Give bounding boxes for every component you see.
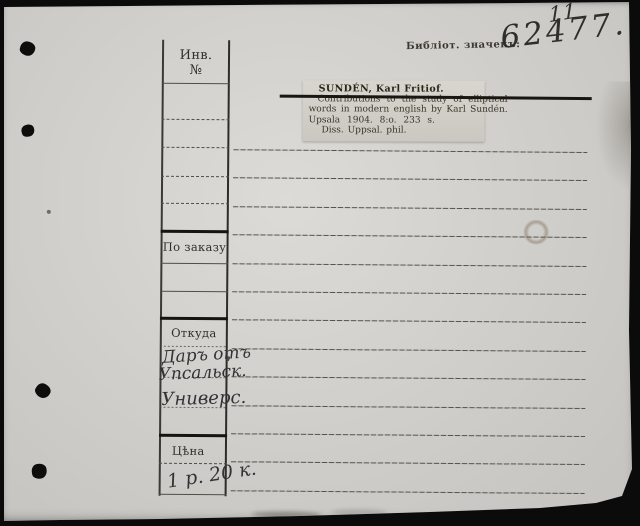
column-ruling-line — [160, 263, 228, 265]
origin-label: Откуда — [160, 326, 228, 341]
column-left-border — [159, 40, 164, 496]
main-ruling-lines — [0, 0, 640, 3]
ruling-line — [231, 405, 585, 409]
column-ruling-line — [161, 203, 229, 205]
column-ruling-line — [162, 119, 230, 121]
by-order-label: По заказу — [160, 240, 228, 255]
inventory-label-line2: № — [162, 63, 230, 79]
catalog-card-paper: Библіот. значекъ: 62477. 11 Инв. № По за… — [0, 0, 640, 526]
ruling-line — [231, 462, 585, 466]
column-ruling-lines — [0, 0, 640, 3]
catalog-label-slip: SUNDÉN, Karl Fritiof. Contributions to t… — [303, 80, 485, 141]
ruling-line — [232, 263, 586, 267]
ink-blob — [31, 463, 48, 480]
slip-author-heading: SUNDÉN, Karl Fritiof. — [309, 83, 479, 94]
ruling-line — [233, 149, 587, 153]
corner-number-handwritten: 11 — [548, 0, 577, 27]
origin-handwriting-line2: Упсальск. — [158, 361, 247, 385]
card-content: Библіот. значекъ: 62477. 11 Инв. № По за… — [0, 0, 640, 526]
ruling-line — [233, 178, 587, 182]
ruling-line — [233, 206, 587, 210]
ruling-line — [231, 490, 585, 494]
inventory-label-line1: Инв. — [162, 48, 230, 64]
edge-shadow — [595, 81, 640, 191]
ruling-line — [231, 433, 585, 437]
slip-title-line2: words in modern english by Karl Sundén. — [309, 105, 479, 116]
column-ruling-line — [161, 230, 229, 234]
scanned-card-photo: Библіот. значекъ: 62477. 11 Инв. № По за… — [0, 0, 640, 526]
ink-blob — [33, 381, 53, 401]
inventory-label: Инв. № — [162, 48, 230, 79]
price-label: Цѣна — [159, 444, 227, 459]
column-ruling-line — [159, 434, 227, 438]
ruling-line — [232, 376, 586, 380]
column-ruling-line — [162, 83, 230, 85]
ruling-line — [232, 320, 586, 324]
ruling-line — [232, 348, 586, 352]
column-ruling-line — [161, 176, 229, 178]
column-ruling-line — [161, 147, 229, 149]
column-ruling-line — [159, 494, 227, 496]
small-dot-mark — [47, 210, 51, 214]
ink-blob — [20, 123, 36, 139]
ruling-line — [232, 291, 586, 295]
edge-smudge — [251, 511, 321, 518]
origin-handwriting-line3: Универс. — [161, 387, 246, 410]
ring-stain — [523, 220, 550, 245]
slip-imprint-line: Upsala 1904. 8:o. 233 s. — [309, 115, 479, 126]
column-ruling-line — [160, 291, 228, 293]
column-ruling-line — [160, 317, 228, 321]
edge-smudge — [331, 509, 386, 515]
column-right-border — [225, 40, 231, 496]
slip-dissertation-line: Diss. Uppsal. phil. — [309, 125, 479, 136]
ink-blob — [18, 40, 36, 57]
